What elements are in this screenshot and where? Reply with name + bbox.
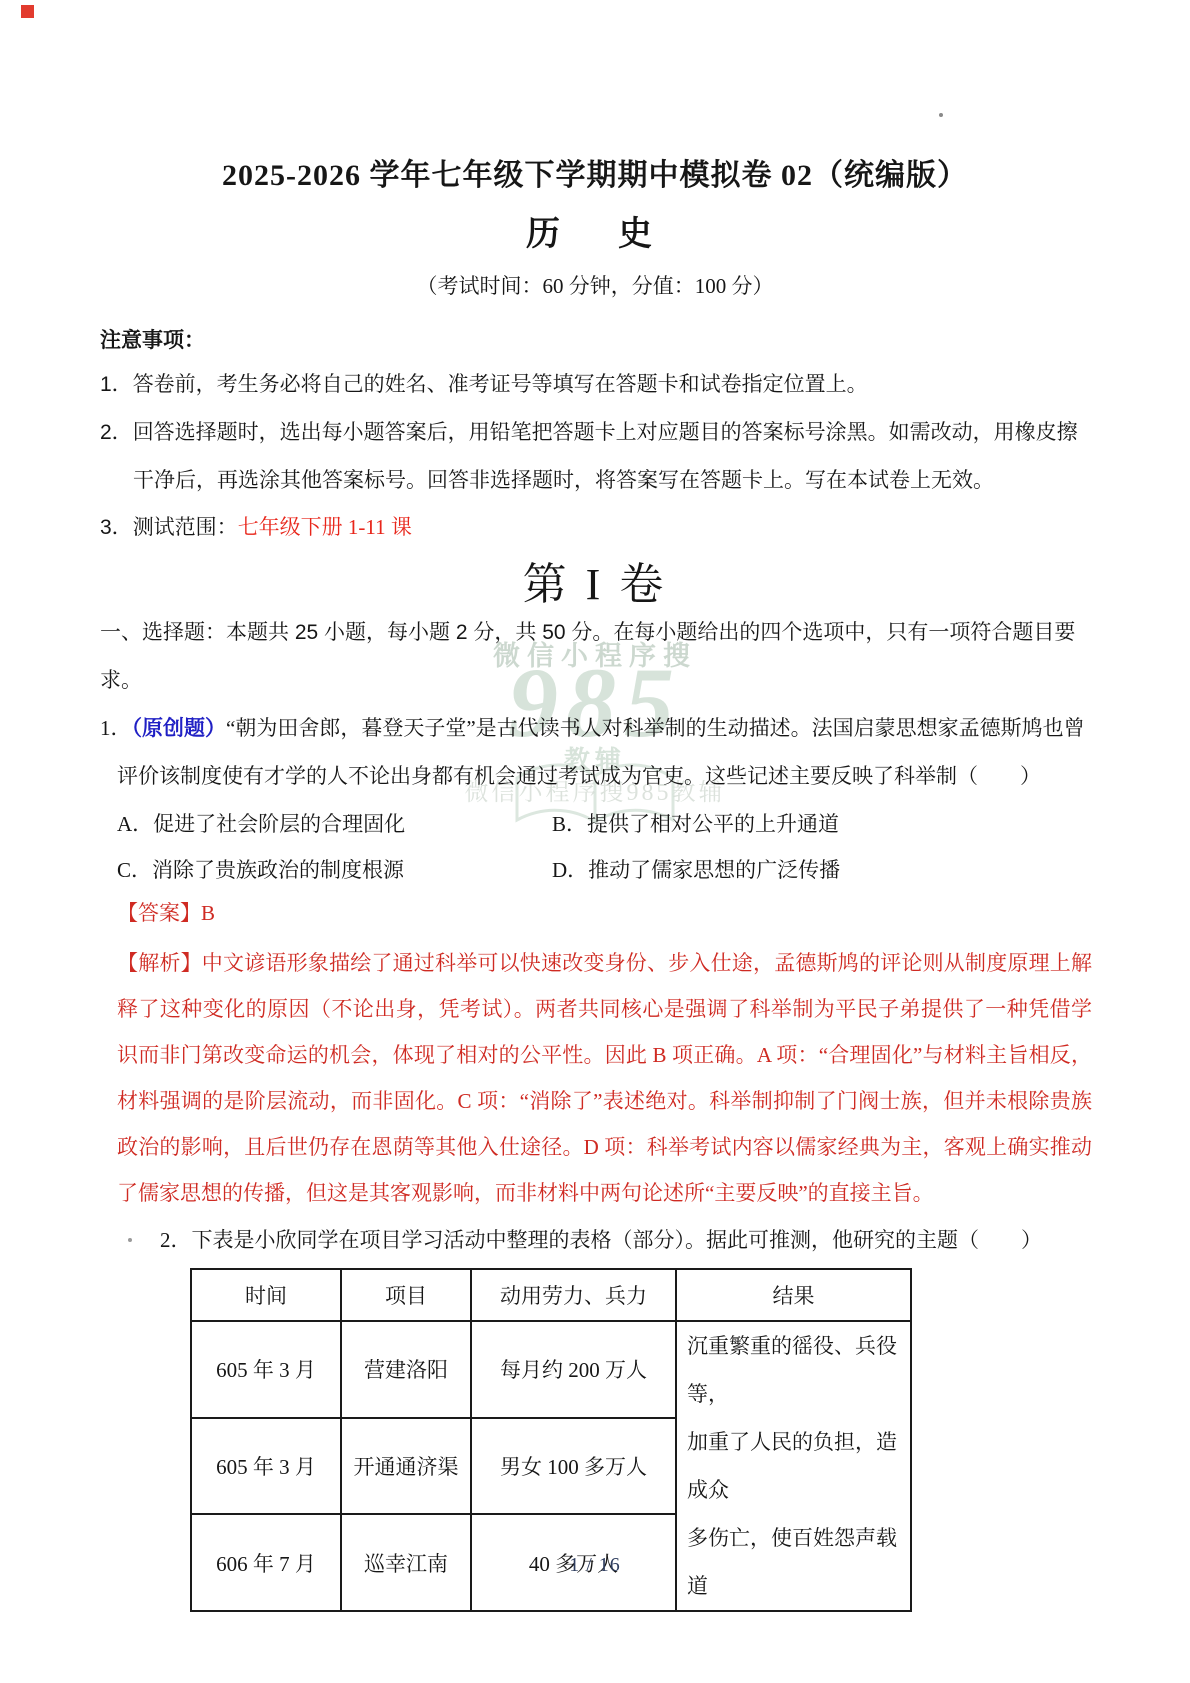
option-b: B．提供了相对公平的上升通道 — [552, 812, 839, 836]
notice-1-number: 1． — [100, 373, 133, 396]
table-row: 605 年 3 月 营建洛阳 每月约 200 万人 沉重繁重的徭役、兵役等， 加… — [191, 1321, 911, 1418]
notice-3-label: 测试范围： — [133, 516, 238, 539]
notice-item-1: 1．答卷前，考生务必将自己的姓名、准考证号等填写在答题卡和试卷指定位置上。 — [100, 361, 1095, 409]
header-labor: 动用劳力、兵力 — [471, 1269, 676, 1321]
notice-2-number: 2． — [100, 421, 133, 444]
analysis-paragraph: 【解析】中文谚语形象描绘了通过科举可以快速改变身份、步入仕途，孟德斯鸠的评论则从… — [117, 940, 1092, 1216]
exam-paper-page: 微信小程序搜 985 教辅 微信小程序搜985教辅 2025-2026 学年七年… — [0, 0, 1190, 1683]
section-1-intro: 一、选择题：本题共 25 小题，每小题 2 分，共 50 分。在每小题给出的四个… — [100, 609, 1092, 705]
section-1-heading: 第 I 卷 — [0, 548, 1190, 612]
option-d: D．推动了儒家思想的广泛传播 — [552, 858, 840, 882]
cell-labor-2: 男女 100 多万人 — [471, 1418, 676, 1515]
header-result: 结果 — [676, 1269, 911, 1321]
exam-info: （考试时间：60 分钟，分值：100 分） — [0, 270, 1190, 300]
header-project: 项目 — [341, 1269, 471, 1321]
cell-project-2: 开通通济渠 — [341, 1418, 471, 1515]
cell-project-1: 营建洛阳 — [341, 1321, 471, 1418]
question-1-options-row-2: C．消除了贵族政治的制度根源D．推动了儒家思想的广泛传播 — [117, 855, 840, 885]
question-2: 2．下表是小欣同学在项目学习活动中整理的表格（部分）。据此可推测，他研究的主题（… — [160, 1216, 1110, 1264]
red-corner-mark — [21, 5, 34, 18]
notice-2-text: 回答选择题时，选出每小题答案后，用铅笔把答题卡上对应题目的答案标号涂黑。如需改动… — [133, 421, 1078, 492]
table-header-row: 时间 项目 动用劳力、兵力 结果 — [191, 1269, 911, 1321]
question-1-tag: （原创题） — [132, 716, 227, 740]
question-1: 1．（原创题）“朝为田舍郎，暮登天子堂”是古代读书人对科举制的生动描述。法国启蒙… — [100, 704, 1100, 800]
question-2-stem: 下表是小欣同学在项目学习活动中整理的表格（部分）。据此可推测，他研究的主题（ ） — [192, 1228, 1043, 1252]
question-2-number: 2． — [160, 1228, 192, 1252]
stray-dot-question-2 — [128, 1238, 132, 1242]
question-1-stem: “朝为田舍郎，暮登天子堂”是古代读书人对科举制的生动描述。法国启蒙思想家孟德斯鸠… — [117, 716, 1085, 788]
test-range-text: 七年级下册 1-11 课 — [238, 515, 412, 539]
header-time: 时间 — [191, 1269, 341, 1321]
option-c: C．消除了贵族政治的制度根源 — [117, 855, 552, 885]
subject-title: 历 史 — [0, 206, 1190, 255]
option-a: A．促进了社会阶层的合理固化 — [117, 809, 552, 839]
notice-item-2: 2．回答选择题时，选出每小题答案后，用铅笔把答题卡上对应题目的答案标号涂黑。如需… — [100, 409, 1095, 505]
page-number: 1 / 16 — [0, 1554, 1190, 1577]
notice-item-3: 3．测试范围：七年级下册 1-11 课 — [100, 503, 1095, 552]
cell-time-1: 605 年 3 月 — [191, 1321, 341, 1418]
answer-value: B — [201, 901, 215, 925]
notice-3-number: 3． — [100, 516, 133, 539]
paper-title: 2025-2026 学年七年级下学期期中模拟卷 02（统编版） — [0, 150, 1190, 194]
answer-line: 【答案】B — [117, 897, 215, 927]
notices-heading: 注意事项： — [100, 324, 205, 354]
cell-time-2: 605 年 3 月 — [191, 1418, 341, 1515]
answer-label: 【答案】 — [117, 901, 201, 925]
question-1-options-row-1: A．促进了社会阶层的合理固化B．提供了相对公平的上升通道 — [117, 809, 839, 839]
stray-dot-top-right — [939, 113, 943, 117]
notice-1-text: 答卷前，考生务必将自己的姓名、准考证号等填写在答题卡和试卷指定位置上。 — [133, 373, 868, 396]
cell-labor-1: 每月约 200 万人 — [471, 1321, 676, 1418]
question-1-number: 1． — [100, 716, 132, 740]
